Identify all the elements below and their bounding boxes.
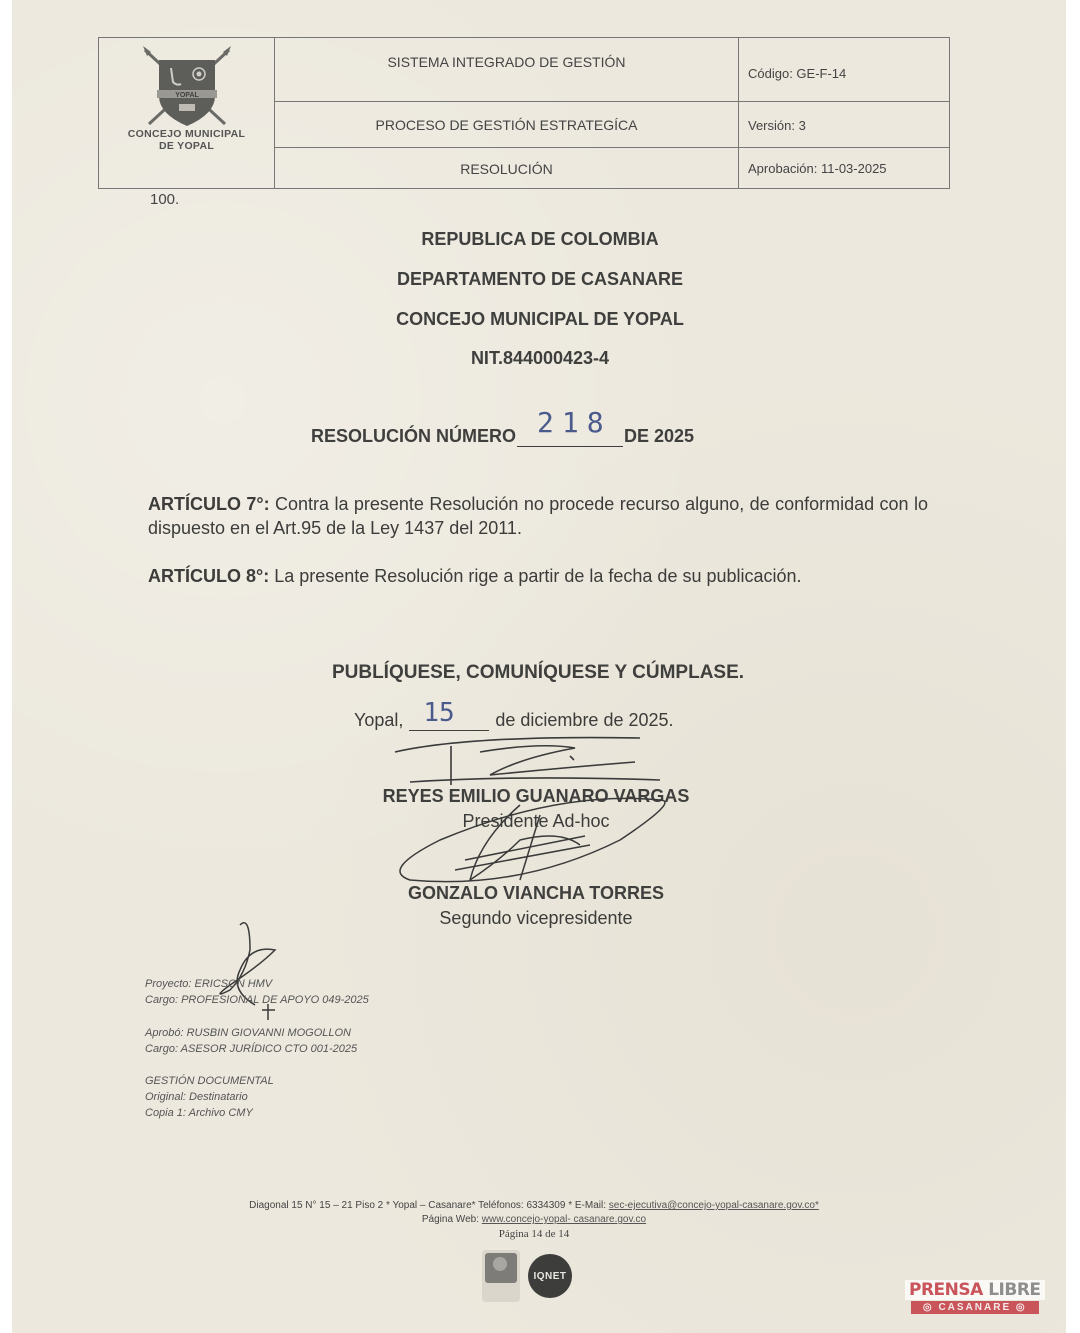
coat-of-arms-icon: YOPAL	[137, 46, 237, 128]
title-council: CONCEJO MUNICIPAL DE YOPAL	[0, 309, 1080, 330]
footer-page-number: Página 14 de 14	[0, 1228, 1068, 1240]
date-line: Yopal, 15 de diciembre de 2025.	[354, 710, 674, 731]
process-cell: SISTEMA INTEGRADO DE GESTIÓN PROCESO DE …	[275, 38, 739, 188]
title-nit: NIT.844000423-4	[0, 348, 1080, 369]
title-country: REPUBLICA DE COLOMBIA	[0, 229, 1080, 250]
document-header-table: YOPAL CONCEJO MUNICIPAL DE YOPAL SISTEMA…	[98, 37, 950, 189]
doc-version: Versión: 3	[739, 101, 949, 148]
credit-aprobo: Aprobó: RUSBIN GIOVANNI MOGOLLON	[145, 1025, 357, 1041]
footer-web: Página Web: www.concejo-yopal- casanare.…	[0, 1214, 1068, 1225]
prensa-libre-watermark: PRENSA LIBRE ◎ CASANARE ◎	[905, 1280, 1045, 1314]
resolution-number-blank: 218	[517, 426, 623, 447]
org-name: CONCEJO MUNICIPAL DE YOPAL	[99, 128, 274, 152]
doc-meta-cell: Código: GE-F-14 Versión: 3 Aprobación: 1…	[739, 38, 949, 188]
doc-code: Código: GE-F-14	[739, 38, 949, 105]
approval-block: Aprobó: RUSBIN GIOVANNI MOGOLLON Cargo: …	[145, 1025, 357, 1057]
logo-cell: YOPAL CONCEJO MUNICIPAL DE YOPAL	[99, 38, 275, 188]
date-day-blank: 15	[409, 710, 489, 731]
copy-archive: Copia 1: Archivo CMY	[145, 1105, 274, 1121]
original-recipient: Original: Destinatario	[145, 1089, 274, 1105]
resolution-prefix: RESOLUCIÓN NÚMERO	[311, 426, 516, 447]
date-suffix: de diciembre de 2025.	[495, 710, 673, 731]
document-management-block: GESTIÓN DOCUMENTAL Original: Destinatari…	[145, 1073, 274, 1121]
resolution-number-line: RESOLUCIÓN NÚMERO 218 DE 2025	[311, 426, 694, 447]
article-8: ARTÍCULO 8°: La presente Resolución rige…	[148, 564, 928, 588]
credits-block: Proyecto: ERICSON HMV Cargo: PROFESIONAL…	[145, 976, 369, 1008]
footer-email-link[interactable]: sec-ejecutiva@concejo-yopal-casanare.gov…	[609, 1200, 819, 1211]
svg-text:YOPAL: YOPAL	[175, 92, 199, 99]
resolution-year: DE 2025	[624, 426, 694, 447]
process-label: PROCESO DE GESTIÓN ESTRATEGÍCA	[275, 101, 738, 148]
certification-badges: IQNET	[482, 1250, 572, 1302]
system-label: SISTEMA INTEGRADO DE GESTIÓN	[275, 38, 738, 101]
signatory-role: Presidente Ad-hoc	[0, 811, 1072, 832]
title-department: DEPARTAMENTO DE CASANARE	[0, 269, 1080, 290]
article-7: ARTÍCULO 7°: Contra la presente Resoluci…	[148, 492, 928, 540]
iqnet-certification-icon: IQNET	[528, 1254, 572, 1298]
credit-aprobo-cargo: Cargo: ASESOR JURÍDICO CTO 001-2025	[145, 1041, 357, 1057]
resolution-number: 218	[537, 406, 612, 439]
credit-proyecto-cargo: Cargo: PROFESIONAL DE APOYO 049-2025	[145, 992, 369, 1008]
signatory-name: REYES EMILIO GUANARO VARGAS	[0, 786, 1072, 807]
date-prefix: Yopal,	[354, 710, 403, 731]
page-marker: 100.	[150, 191, 179, 208]
gestion-documental: GESTIÓN DOCUMENTAL	[145, 1073, 274, 1089]
article-text: La presente Resolución rige a partir de …	[269, 566, 801, 586]
closing-formula: PUBLÍQUESE, COMUNÍQUESE Y CÚMPLASE.	[0, 662, 1076, 684]
doc-type-label: RESOLUCIÓN	[275, 147, 738, 189]
doc-approval-date: Aprobación: 11-03-2025	[739, 147, 949, 189]
article-label: ARTÍCULO 7°:	[148, 494, 270, 514]
date-day: 15	[423, 698, 454, 728]
signatory-name: GONZALO VIANCHA TORRES	[0, 883, 1072, 904]
icontec-certification-icon	[482, 1250, 520, 1302]
credit-proyecto: Proyecto: ERICSON HMV	[145, 976, 369, 992]
signatory-role: Segundo vicepresidente	[0, 908, 1072, 929]
footer-address: Diagonal 15 N° 15 – 21 Piso 2 * Yopal – …	[0, 1200, 1068, 1211]
article-label: ARTÍCULO 8°:	[148, 566, 269, 586]
footer-web-link[interactable]: www.concejo-yopal- casanare.gov.co	[482, 1214, 646, 1225]
